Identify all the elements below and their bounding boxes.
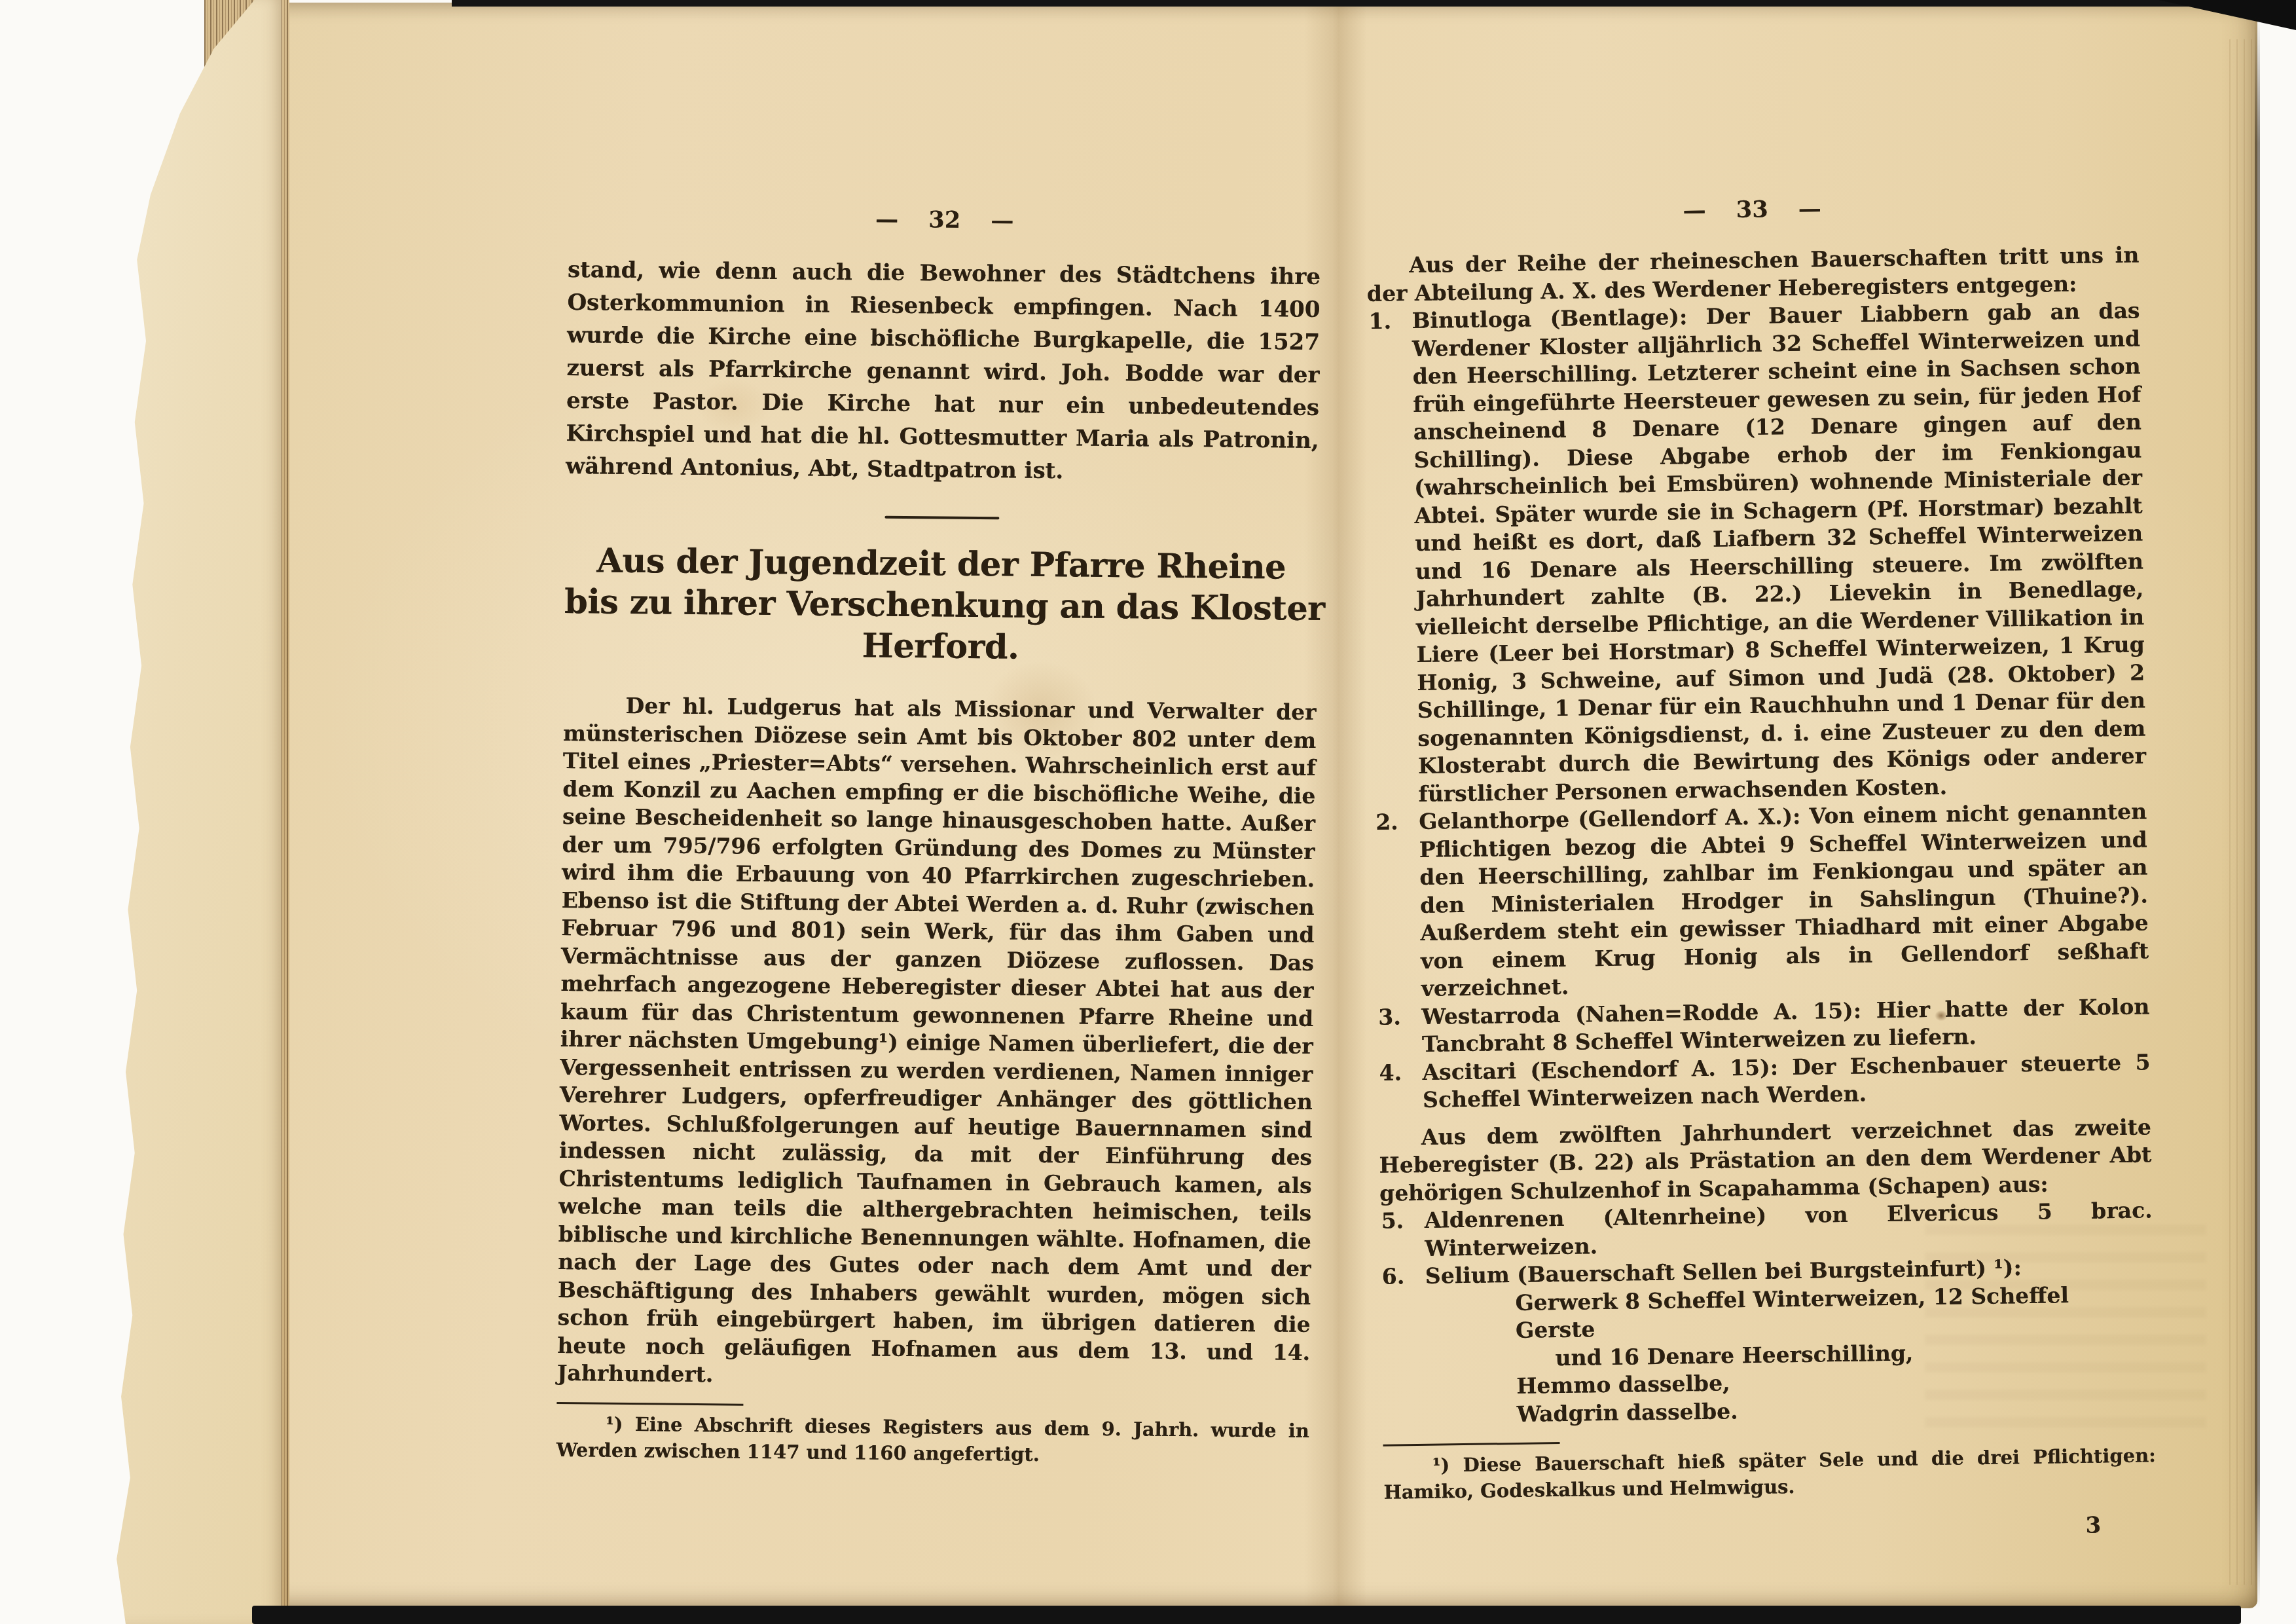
chapter-heading: Aus der Jugendzeit der Pfarre Rheine bis… bbox=[564, 540, 1318, 671]
body-paragraph: Der hl. Ludgerus hat als Missionar und V… bbox=[557, 692, 1317, 1394]
footnote-rule-right bbox=[1383, 1442, 1560, 1447]
chapter-heading-line1: Aus der Jugendzeit der Pfarre Rheine bbox=[564, 540, 1318, 589]
list-item-1: 1. Binutloga (Bentlage): Der Bauer Liabb… bbox=[1367, 297, 2147, 809]
intro-paragraph: Aus der Reihe der rheineschen Bauerschaf… bbox=[1366, 242, 2140, 308]
list-item-6-subline: Gerwerk 8 Scheffel Winterweizen, 12 Sche… bbox=[1381, 1280, 2154, 1346]
list-item-5: 5. Aldenrenen (Altenrheine) von Elvericu… bbox=[1379, 1196, 2153, 1263]
list-item-text: Westarroda (Nahen=Rodde A. 15): Hier hat… bbox=[1421, 993, 2149, 1057]
list-item-number: 3. bbox=[1378, 1003, 1401, 1031]
chapter-heading-line3: Herford. bbox=[564, 623, 1317, 671]
list-item-number: 1. bbox=[1368, 307, 1391, 335]
list-item-text: Ascitari (Eschendorf A. 15): Der Eschenb… bbox=[1422, 1049, 2150, 1113]
right-page: — 33 — Aus der Reihe der rheineschen Bau… bbox=[1366, 191, 2157, 1549]
list-item-number: 4. bbox=[1379, 1059, 1402, 1087]
list-item-2: 2. Gelanthorpe (Gellendorf A. X.): Von e… bbox=[1374, 798, 2149, 1003]
list-item-4: 4. Ascitari (Eschendorf A. 15): Der Esch… bbox=[1377, 1048, 2151, 1115]
list-item-number: 5. bbox=[1381, 1207, 1404, 1235]
footnote-right: ¹) Diese Bauerschaft hieß später Sele un… bbox=[1383, 1442, 2157, 1505]
left-page-edges bbox=[56, 0, 282, 1624]
list-item-number: 2. bbox=[1376, 808, 1398, 836]
scanner-border-top bbox=[452, 0, 2296, 7]
right-fore-edge-lines bbox=[2223, 39, 2255, 1585]
footnote-left: ¹) Eine Abschrift dieses Registers aus d… bbox=[556, 1410, 1310, 1469]
page-edge-shadow bbox=[2255, 16, 2260, 1608]
middle-paragraph: Aus dem zwölften Jahrhundert verzeichnet… bbox=[1379, 1113, 2153, 1208]
footnote-rule-left bbox=[556, 1401, 743, 1405]
list-item-number: 6. bbox=[1382, 1263, 1405, 1291]
continuation-paragraph: stand, wie denn auch die Bewohner des St… bbox=[566, 253, 1321, 490]
section-divider-rule bbox=[884, 516, 999, 520]
left-page: — 32 — stand, wie denn auch die Bewohner… bbox=[556, 203, 1321, 1469]
list-item-3: 3. Westarroda (Nahen=Rodde A. 15): Hier … bbox=[1377, 993, 2150, 1059]
list-item-text: Aldenrenen (Altenrheine) von Elvericus 5… bbox=[1424, 1197, 2152, 1261]
list-item-text: Binutloga (Bentlage): Der Bauer Liabbern… bbox=[1412, 298, 2146, 807]
torn-flyleaf-edge bbox=[56, 0, 282, 1624]
list-item-text: Gelanthorpe (Gellendorf A. X.): Von eine… bbox=[1419, 798, 2149, 1001]
chapter-heading-line2: bis zu ihrer Verschenkung an das Kloster bbox=[564, 581, 1318, 630]
scanner-border-bottom bbox=[252, 1606, 2241, 1624]
